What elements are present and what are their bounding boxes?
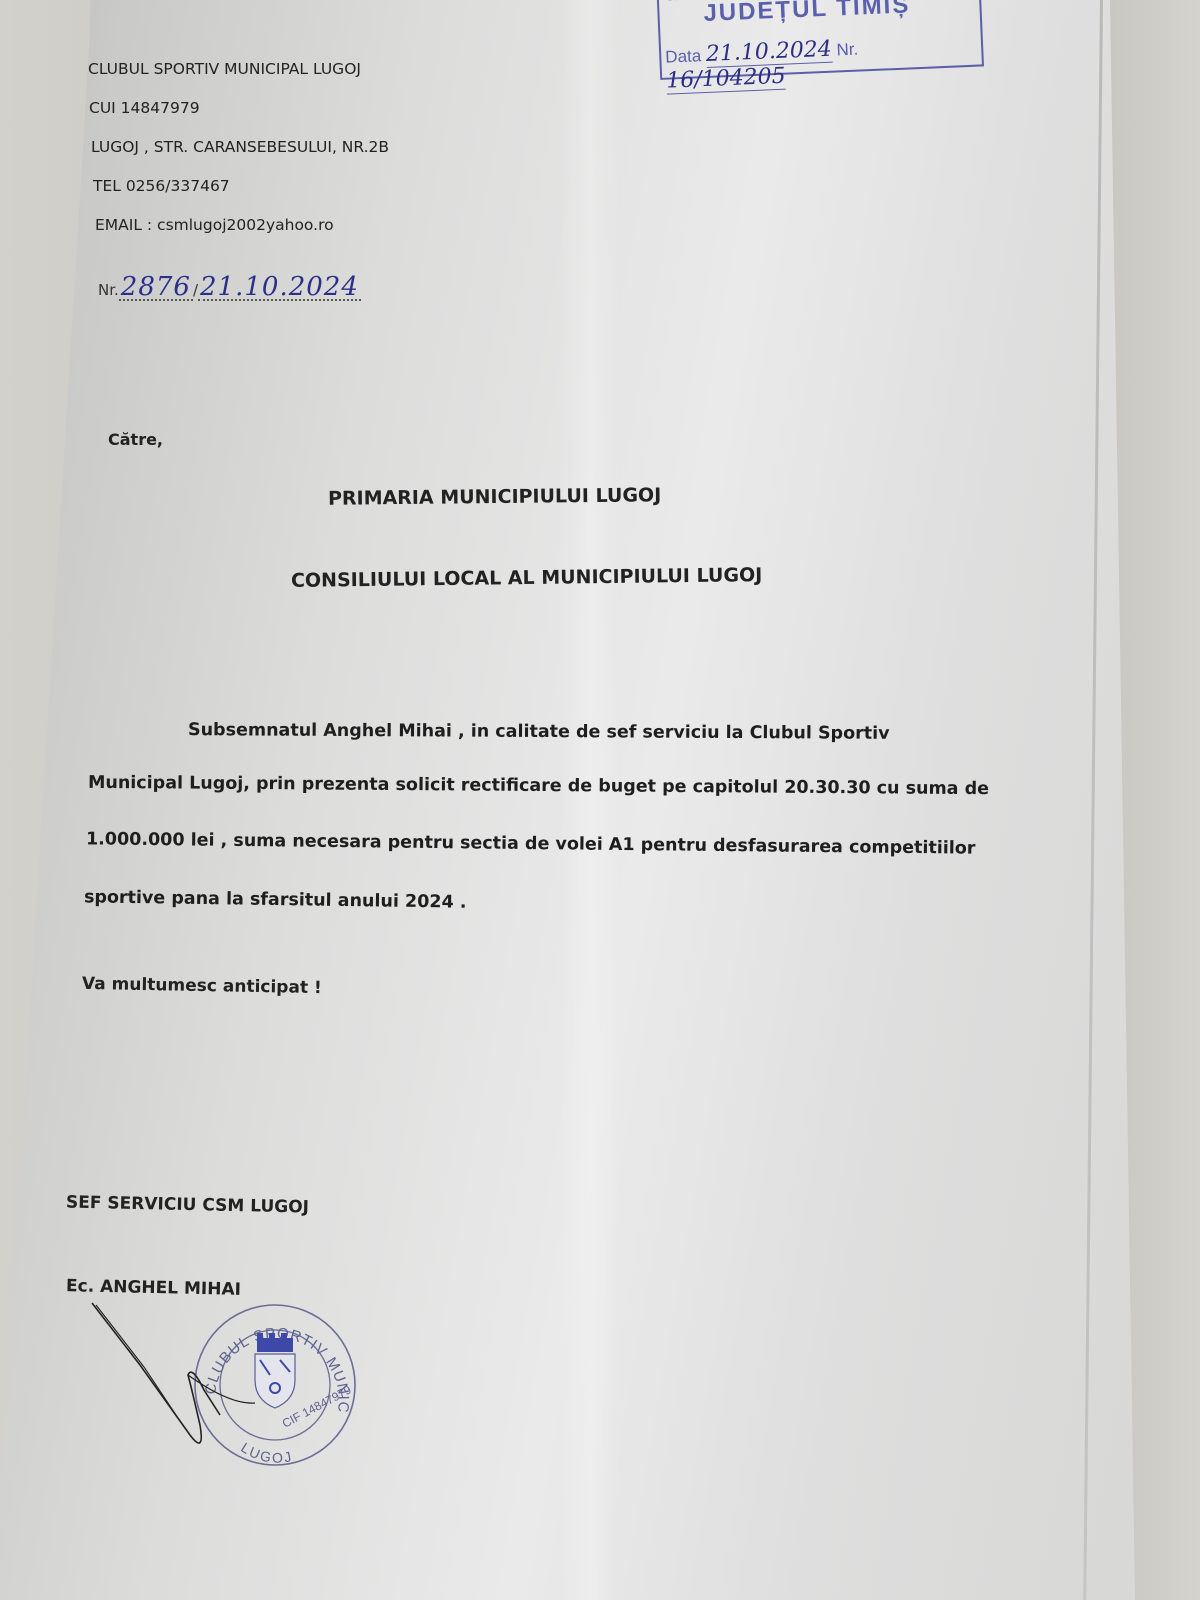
handwritten-signature [80,1295,290,1465]
closing-thanks: Va multumesc anticipat ! [82,974,322,998]
stamp-nr-label: Nr. [836,40,859,60]
sender-org: CLUBUL SPORTIV MUNICIPAL LUGOJ [88,58,389,97]
sender-tel: TEL 0256/337467 [93,175,389,214]
reg-nr-label: Nr. [98,281,119,299]
sender-address: LUGOJ , STR. CARANSEBESULUI, NR.2B [91,136,389,175]
sender-cui: CUI 14847979 [89,97,389,136]
reg-nr-value: 2876 [121,272,191,302]
salutation: Către, [108,430,163,449]
registration-number: Nr.2876/21.10.2024 [98,272,361,302]
stamp-county: JUDEȚUL TIMIȘ [703,0,911,28]
recipient-line-1: PRIMARIA MUNICIPIULUI LUGOJ [328,484,661,509]
registry-stamp: MUNICIPIUL JUDEȚUL TIMIȘ Data 21.10.2024… [656,0,984,80]
reg-date-value: 21.10.2024 [200,272,359,302]
sender-email: EMAIL : csmlugoj2002yahoo.ro [95,214,389,253]
sender-block: CLUBUL SPORTIV MUNICIPAL LUGOJ CUI 14847… [88,58,389,253]
stamp-date-label: Data [665,46,702,66]
stamp-date-value: 21.10.2024 [705,37,832,68]
body-line: Subsemnatul Anghel Mihai , in calitate d… [188,720,890,744]
paper-crease [560,0,620,1600]
stamp-nr-value: 16/104205 [666,64,786,95]
